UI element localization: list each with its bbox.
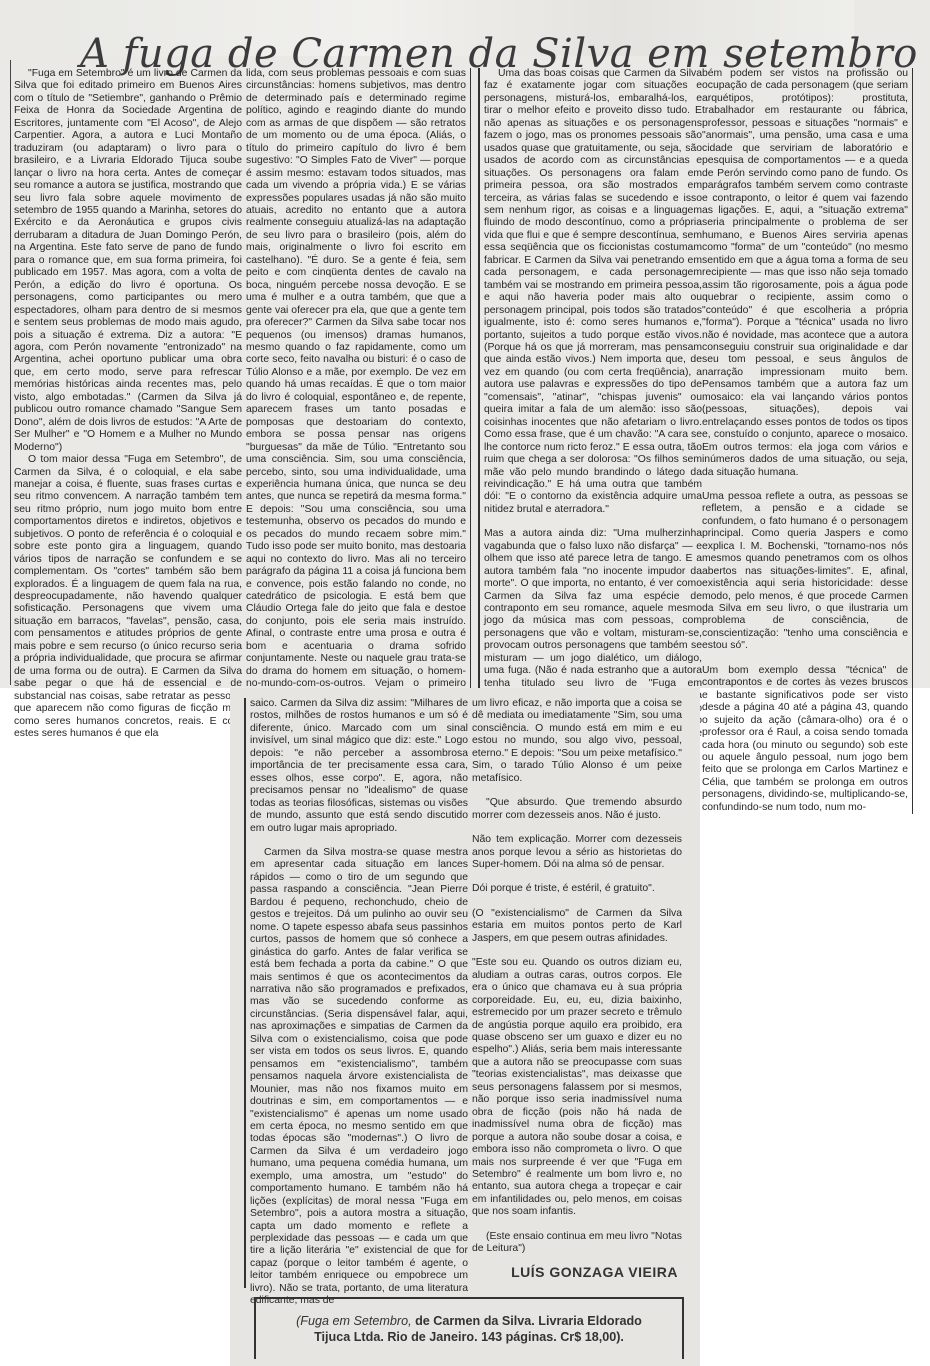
paragraph: O tom maior dessa "Fuga em Setembro", de… — [14, 454, 242, 740]
article-column-3: Uma das boas coisas que Carmen da Silva … — [478, 68, 702, 752]
book-info-box: (Fuga em Setembro, de Carmen da Silva. L… — [254, 1297, 684, 1359]
paragraph: Dói porque é triste, é estéril, é gratui… — [472, 883, 682, 895]
paragraph: "Que absurdo. Que tremendo absurdo morre… — [472, 797, 682, 822]
paragraph: (O "existencialismo" de Carmen da Silva … — [472, 908, 682, 945]
paragraph: Uma das boas coisas que Carmen da Silva … — [484, 68, 702, 516]
book-info-line-2: Tijuca Ltda. Rio de Janeiro. 143 páginas… — [314, 1329, 624, 1345]
paragraph: Não tem explicação. Morrer com dezesseis… — [472, 834, 682, 871]
article-column-5: saico. Carmen da Silva diz assim: "Milha… — [244, 698, 468, 1288]
author-signature: LUÍS GONZAGA VIEIRA — [508, 1264, 678, 1280]
paragraph: saico. Carmen da Silva diz assim: "Milha… — [250, 698, 468, 835]
paragraph: "Fuga em Setembro" é um livro de Carmen … — [14, 68, 242, 454]
paragraph: um livro eficaz, e não importa que a coi… — [472, 698, 682, 785]
article-column-1: "Fuga em Setembro" é um livro de Carmen … — [14, 68, 242, 740]
paragraph: Carmen da Silva mostra-se quase mestra e… — [250, 847, 468, 1308]
paragraph: "Este sou eu. Quando os outros diziam eu… — [472, 957, 682, 1219]
paragraph: bém podem ser vistos na profissão ou ocu… — [702, 68, 908, 479]
book-title-italic: (Fuga em Setembro, — [296, 1314, 412, 1328]
column-rule — [10, 60, 12, 685]
book-info-publisher: de Carmen da Silva. Livraria Eldorado — [412, 1314, 642, 1328]
book-info-line-1: (Fuga em Setembro, de Carmen da Silva. L… — [296, 1313, 642, 1329]
article-column-4: bém podem ser vistos na profissão ou ocu… — [702, 68, 913, 814]
paragraph: lida, com seus problemas pessoais e com … — [246, 68, 466, 728]
paragraph: Uma pessoa reflete a outra, as pessoas s… — [702, 491, 908, 653]
article-column-6: um livro eficaz, e não importa que a coi… — [472, 698, 682, 1256]
paragraph: (Este ensaio continua em meu livro "Nota… — [472, 1231, 682, 1256]
article-column-2: lida, com seus problemas pessoais e com … — [246, 68, 471, 728]
paragraph: Um bom exemplo dessa "técnica" de contra… — [702, 665, 908, 814]
